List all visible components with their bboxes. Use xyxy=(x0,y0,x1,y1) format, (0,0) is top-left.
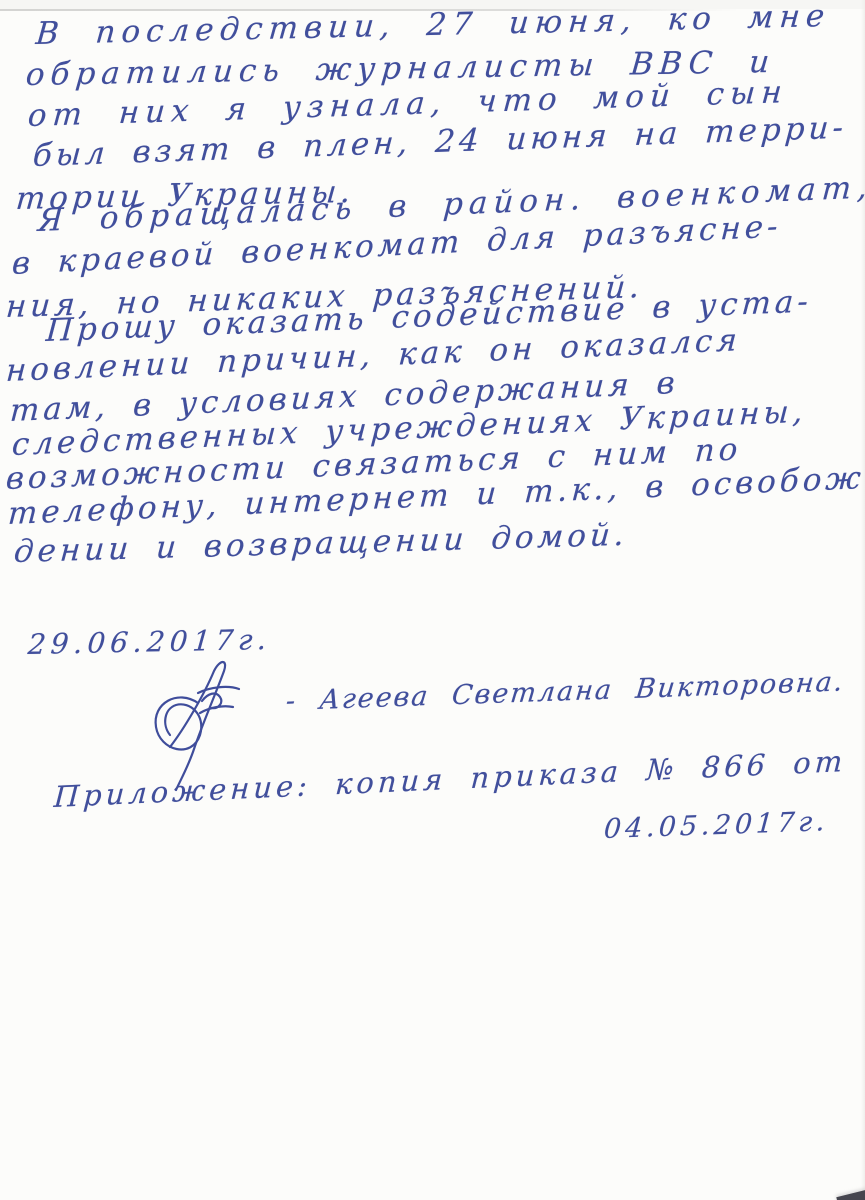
scan-corner-artifact xyxy=(836,1189,865,1200)
scanned-letter-page: В последствии, 27 июня, ко мне обратилис… xyxy=(0,0,865,1200)
attachment-date: 04.05.2017г. xyxy=(603,806,830,845)
signature-name: - Агеева Светлана Викторовна. xyxy=(284,666,846,717)
signature-scribble-icon xyxy=(140,650,250,792)
